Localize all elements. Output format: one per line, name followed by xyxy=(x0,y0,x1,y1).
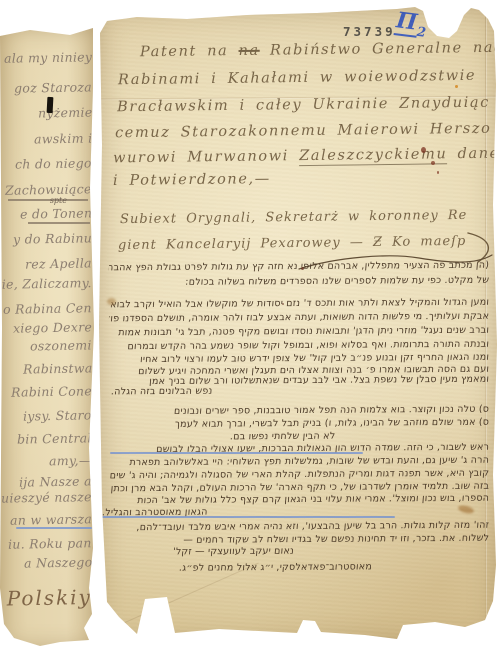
left-page-line: o Rabina Cen xyxy=(3,300,92,317)
polish-title-line: Bracławskim i całey Ukrainie Znayduiąc xyxy=(117,95,490,116)
left-page-line: ala my niniey xyxy=(4,49,92,66)
ink-blot xyxy=(47,97,54,113)
left-page-line: rez Apella xyxy=(25,255,92,271)
left-page-line: awskim i xyxy=(33,130,92,146)
polish-title-line: i Potwierdzone,— xyxy=(113,171,271,189)
left-page-line: ch do niego xyxy=(15,155,92,171)
hebrew-line: של מקלט. כפי עת שלמות לספרים שלנו הספרדי… xyxy=(108,275,489,289)
left-page-line: ija Nasze a xyxy=(19,473,92,489)
polish-text: wurowi Murwanowi xyxy=(113,148,299,166)
left-page-line: a Naszego xyxy=(23,554,92,570)
hebrew-line: אבקת ועלותיך. מי פלשות הדוה תשואות, ועתה… xyxy=(108,311,489,325)
paper-stain xyxy=(457,504,474,515)
left-page-line: oszonemi xyxy=(30,337,92,353)
left-page-line: Pouieszyé nasze xyxy=(0,489,92,506)
left-page-line: Rabini Cone xyxy=(11,383,92,399)
polish-text: Patent na xyxy=(140,43,239,60)
underline-mark xyxy=(8,199,88,201)
left-page-line: xiego Dexre xyxy=(13,319,92,335)
left-page-line: iysy. Staro xyxy=(23,407,92,423)
left-page-line: amy,— xyxy=(49,453,92,469)
left-page-signature: T Polskiy xyxy=(0,585,92,611)
document-scan: ala my niniey goz Staroza nyżemie awskim… xyxy=(0,0,503,650)
blue-underline xyxy=(16,527,92,529)
ink-stain xyxy=(437,171,439,174)
left-page-line: iu. Roku pan xyxy=(8,535,92,551)
archival-number-stamp: 73739 xyxy=(343,24,396,39)
left-page-line: bin Central xyxy=(17,430,92,446)
underlined-word: Zaleszczyckiemu xyxy=(299,146,447,166)
hebrew-line: הרה ג' שיען גם, והעת ובדש של שובות, גמלש… xyxy=(108,455,489,469)
left-page-line: Rabinstwa xyxy=(22,360,92,376)
left-page-line: an w warsza xyxy=(10,511,92,527)
polish-note-line: Subiext Orygnali, Sekretarż w koronney R… xyxy=(120,208,468,227)
blue-underline xyxy=(110,452,363,454)
left-page-line: y do Rabinu xyxy=(13,230,92,246)
underline-mark xyxy=(28,222,90,224)
polish-title-line: Patent na na Rabiństwo Generalne nad xyxy=(140,40,499,60)
hebrew-line: לשלוח. את. בזכר, וזו יד תחינות נפשם של ב… xyxy=(108,533,489,547)
left-page-line: goz Staroza xyxy=(14,79,92,95)
hebrew-line: ומען הגדול והמקיל לצאת ולתר אות ותכס ד' … xyxy=(108,297,489,311)
paper-stain xyxy=(455,85,458,88)
left-page-line: e do Tonen xyxy=(20,205,93,221)
polish-title-line: Rabinami i Kahałami w woiewodzstwie xyxy=(118,68,476,88)
blue-underline xyxy=(102,516,395,518)
struck-word: na xyxy=(238,43,259,59)
hebrew-line: ובנתה התורה בתרומות. ואף בסלוא ופוא, ובמ… xyxy=(108,339,489,353)
hebrew-line: קובץ היא, אשר תפנה דגות ומריק הנתפלות. ק… xyxy=(108,468,489,482)
hebrew-signature-line: נאום יעקב לעוועצקי — זקל' xyxy=(173,546,295,558)
hebrew-line: נפש הבלונים בזה הגלה. xyxy=(111,386,213,398)
left-page-line: aie, Zaliczamy. xyxy=(0,275,92,292)
hebrew-line: ס) טלה נכון וקוצר. בוא צלמות הנה תפל אמו… xyxy=(108,404,489,418)
polish-text: dane xyxy=(447,146,499,163)
archival-ink-mark: Π2 xyxy=(393,7,428,41)
archival-mark-subscript: 2 xyxy=(416,25,427,41)
left-page-superscript: spte xyxy=(50,196,67,205)
hebrew-line: וברב שנים נעגל' מוזרי ניתן הדגן' ותבואות… xyxy=(108,325,489,339)
left-page-line: Zachowuiące xyxy=(5,181,92,198)
polish-title-line: wurowi Murwanowi Zaleszczyckiemu dane xyxy=(113,146,499,167)
left-page-strip: ala my niniey goz Staroza nyżemie awskim… xyxy=(0,28,95,648)
left-page-line: nyżemie xyxy=(37,105,92,121)
hebrew-line: הספרו, בוש נכון ומוצל'. אמרי אות עלוי בנ… xyxy=(108,493,489,507)
polish-title-line: cemuz Starozakonnemu Maierowi Herszo xyxy=(115,121,492,142)
hebrew-line: לא הבין שלחתי נפשו בם. xyxy=(230,431,336,443)
hebrew-line: ס) אמר שולם מוזהב של הבינו, גלות, ו) בני… xyxy=(108,417,489,431)
manuscript-page: 73739 Π2 Patent na na Rabiństwo Generaln… xyxy=(97,5,499,646)
hebrew-line: זהו' מזה קלות גולות. הרב בל שיען בהבצעו'… xyxy=(108,520,489,534)
polish-text: Rabiństwo Generalne nad xyxy=(260,40,499,59)
hebrew-signature-line: מאוסטרוב־פאדאלסקי, י״ג אלול מחנים לפ״ג. xyxy=(179,561,373,573)
